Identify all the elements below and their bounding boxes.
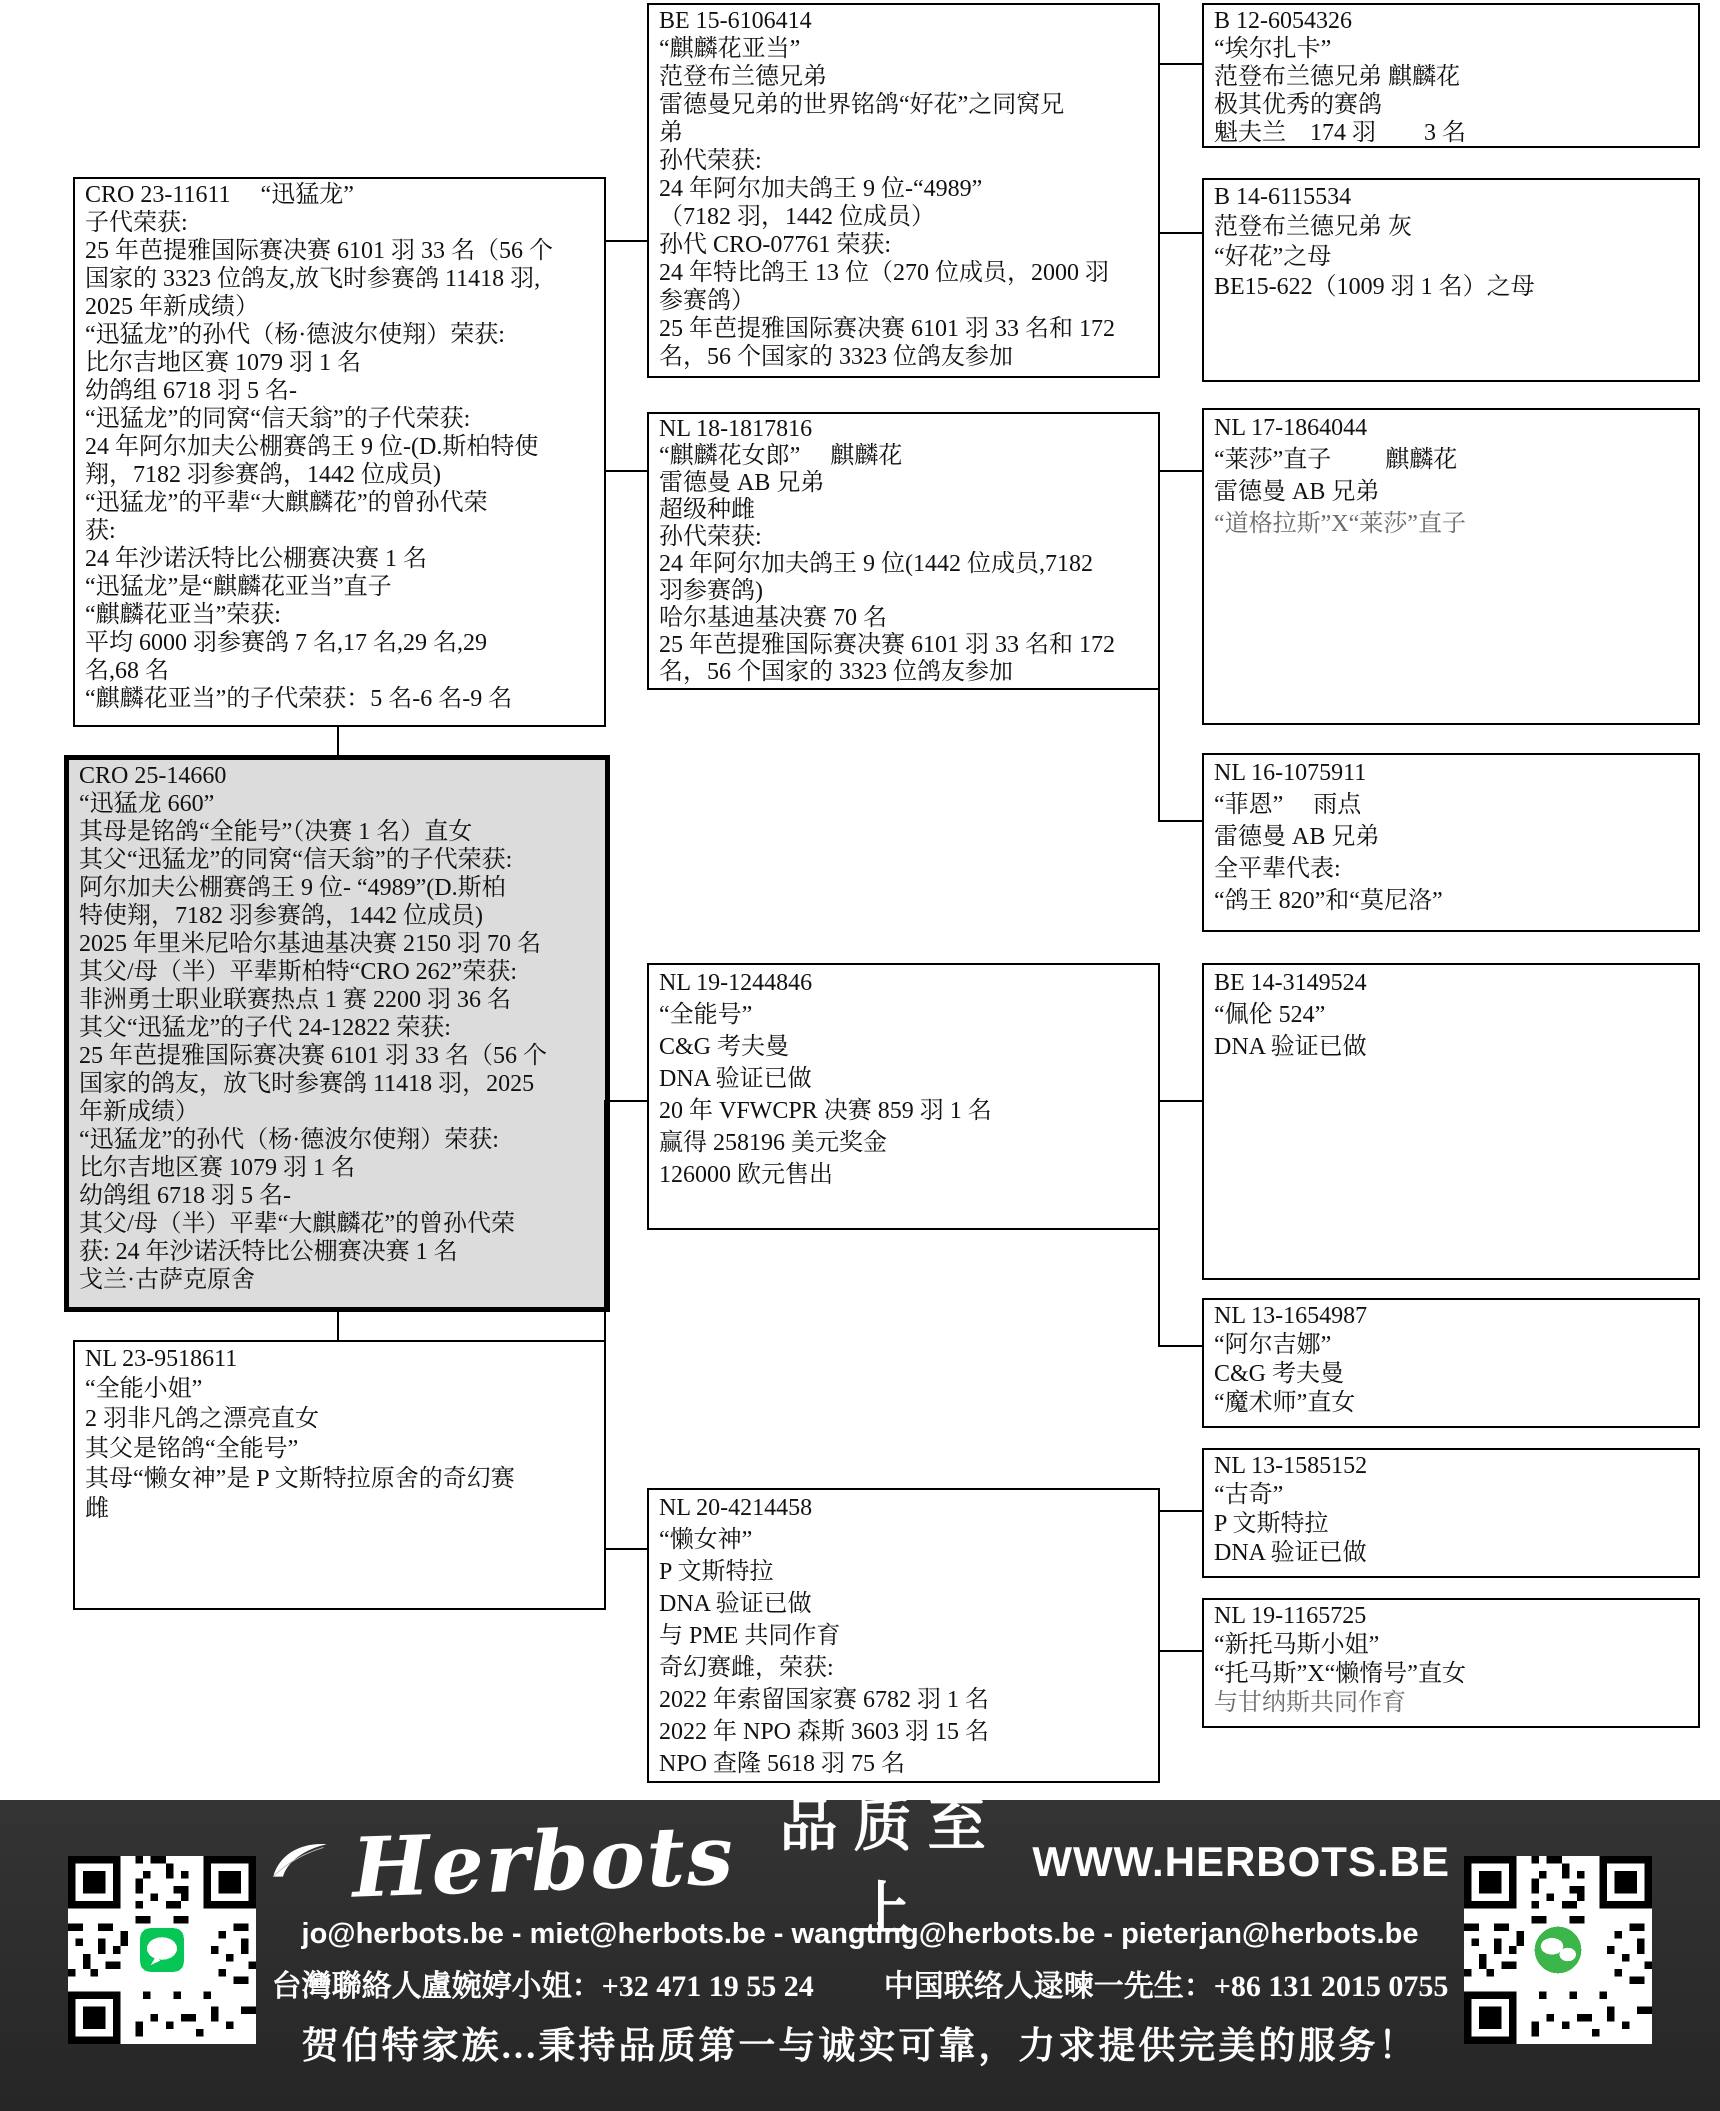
text-line: 24 年特比鸽王 13 位（270 位成员，2000 羽 [659,259,1148,287]
text-line: P 文斯特拉 [1214,1510,1688,1539]
text-line: 比尔吉地区赛 1079 羽 1 名 [85,349,594,377]
contact-taiwan: 台灣聯絡人盧婉婷小姐：+32 471 19 55 24 [272,1961,814,2005]
text-line: 幼鸽组 6718 羽 5 名- [85,377,594,405]
connector-line [1158,470,1202,472]
text-line: “迅猛龙”的平辈“大麒麟花”的曾孙代荣 [85,489,594,517]
text-line: 特使翔，7182 羽参赛鸽，1442 位成员) [79,902,595,930]
connector-line [1158,1100,1202,1102]
pedigree-page: CRO 23-11611 “迅猛龙”子代荣获:25 年芭提雅国际赛决赛 6101… [0,0,1720,2111]
brand-row: Herbots 品质至上 WWW.HERBOTS.BE [270,1808,1450,1916]
footer-center: Herbots 品质至上 WWW.HERBOTS.BE jo@herbots.b… [270,1808,1450,2069]
text-line: 弟 [659,119,1148,147]
text-line: 2022 年 NPO 森斯 3603 羽 15 名 [659,1716,1148,1748]
text-line: （7182 羽，1442 位成员） [659,203,1148,231]
text-line: 其父/母（半）平辈斯柏特“CRO 262”荣获: [79,958,595,986]
line-app-icon [140,1928,184,1972]
connector-line [1158,63,1202,65]
text-line: 24 年沙诺沃特比公棚赛决赛 1 名 [85,545,594,573]
text-line: 赢得 258196 美元奖金 [659,1127,1148,1159]
text-line: 雷德曼 AB 兄弟 [659,470,1148,497]
text-line: “懒女神” [659,1524,1148,1556]
text-line: 国家的鸽友，放飞时参赛鸽 11418 羽，2025 [79,1070,595,1098]
text-line: C&G 考夫曼 [659,1031,1148,1063]
text-line: 126000 欧元售出 [659,1159,1148,1191]
text-line: “迅猛龙”的孙代（杨·德波尔使翔）荣获: [85,321,594,349]
text-line: 其父是铭鸽“全能号” [85,1434,594,1464]
box-dam-NL-23-9518611: NL 23-9518611“全能小姐”2 羽非凡鸽之漂亮直女其父是铭鸽“全能号”… [73,1340,606,1610]
text-line: “迅猛龙”是“麒麟花亚当”直子 [85,573,594,601]
text-line: 雷德曼 AB 兄弟 [1214,476,1688,508]
text-line: “麒麟花亚当” [659,35,1148,63]
text-line: 奇幻赛雌，荣获: [659,1652,1148,1684]
connector-line [604,470,647,472]
text-line: 范登布兰德兄弟 [659,63,1148,91]
text-line: 24 年阿尔加夫鸽王 9 位-“4989” [659,175,1148,203]
text-line: 孙代荣获: [659,147,1148,175]
connector-line [1158,1510,1160,1650]
text-line: CRO 23-11611 “迅猛龙” [85,181,594,209]
text-line: NL 18-1817816 [659,416,1148,443]
feather-icon [270,1834,330,1890]
box-dam-dam-NL-20-4214458: NL 20-4214458“懒女神”P 文斯特拉DNA 验证已做与 PME 共同… [647,1488,1160,1783]
text-line: BE 15-6106414 [659,7,1148,35]
text-line: 雷德曼兄弟的世界铭鸽“好花”之同窝兄 [659,91,1148,119]
box-sire-CRO-23-11611: CRO 23-11611 “迅猛龙”子代荣获:25 年芭提雅国际赛决赛 6101… [73,177,606,727]
text-line: NL 19-1165725 [1214,1602,1688,1631]
text-line: 其父“迅猛龙”的同窝“信天翁”的子代荣获: [79,846,595,874]
text-line: C&G 考夫曼 [1214,1360,1688,1389]
text-line: “全能小姐” [85,1374,594,1404]
text-line: 雌 [85,1494,594,1524]
qr-code-left [68,1856,256,2044]
text-line: 范登布兰德兄弟 麒麟花 [1214,63,1688,91]
text-line: 2 羽非凡鸽之漂亮直女 [85,1404,594,1434]
text-line: 其父/母（半）平辈“大麒麟花”的曾孙代荣 [79,1210,595,1238]
text-line: 幼鸽组 6718 羽 5 名- [79,1182,595,1210]
box-NL-16-1075911: NL 16-1075911“菲恩” 雨点雷德曼 AB 兄弟全平辈代表:“鸽王 8… [1202,753,1700,932]
text-line: CRO 25-14660 [79,762,595,790]
text-line: 25 年芭提雅国际赛决赛 6101 羽 33 名和 172 [659,632,1148,659]
text-line: 比尔吉地区赛 1079 羽 1 名 [79,1154,595,1182]
connector-line [604,240,647,242]
text-line: 2025 年新成绩） [85,293,594,321]
box-subject-CRO-25-14660: CRO 25-14660“迅猛龙 660”其母是铭鸽“全能号”（决赛 1 名）直… [64,755,610,1312]
connector-line [1158,1650,1202,1652]
connector-line [337,1310,339,1340]
text-line: 子代荣获: [85,209,594,237]
text-line: 阿尔加夫公棚赛鸽王 9 位- “4989”(D.斯柏 [79,874,595,902]
connector-line [604,1548,647,1550]
footer-website: WWW.HERBOTS.BE [1032,1838,1450,1886]
connector-line [1158,1510,1202,1512]
text-line: 年新成绩） [79,1098,595,1126]
text-line: “鸽王 820”和“莫尼洛” [1214,885,1688,917]
text-line: B 14-6115534 [1214,182,1688,212]
text-line: 国家的 3323 位鸽友,放飞时参赛鸽 11418 羽, [85,265,594,293]
text-line: 参赛鸽） [659,287,1148,315]
text-line: 名,68 名 [85,657,594,685]
text-line: 超级种雌 [659,497,1148,524]
text-line: 全平辈代表: [1214,853,1688,885]
text-line: “新托马斯小姐” [1214,1631,1688,1660]
herbots-logo: Herbots [350,1807,736,1916]
box-NL-19-1165725: NL 19-1165725“新托马斯小姐”“托马斯”X“懒惰号”直女与甘纳斯共同… [1202,1598,1700,1728]
text-line: 平均 6000 羽参赛鸽 7 名,17 名,29 名,29 [85,629,594,657]
connector-line [337,727,339,757]
text-line: 24 年阿尔加夫鸽王 9 位(1442 位成员,7182 [659,551,1148,578]
text-line: “全能号” [659,999,1148,1031]
box-B-14-6115534: B 14-6115534范登布兰德兄弟 灰“好花”之母BE15-622（1009… [1202,178,1700,382]
box-NL-13-1585152: NL 13-1585152“古奇”P 文斯特拉DNA 验证已做 [1202,1448,1700,1578]
footer-contacts: 台灣聯絡人盧婉婷小姐：+32 471 19 55 24 中国联络人逯暕一先生：+… [270,1961,1450,2005]
connector-line [1158,1345,1202,1347]
text-line: “迅猛龙”的同窝“信天翁”的子代荣获: [85,405,594,433]
text-line: 孙代荣获: [659,524,1148,551]
text-line: NPO 查隆 5618 羽 75 名 [659,1748,1148,1780]
text-line: DNA 验证已做 [1214,1539,1688,1568]
text-line: 20 年 VFWCPR 决赛 859 羽 1 名 [659,1095,1148,1127]
text-line: DNA 验证已做 [1214,1031,1688,1063]
text-line: NL 13-1654987 [1214,1302,1688,1331]
text-line: 与甘纳斯共同作育 [1214,1689,1688,1718]
text-line: 25 年芭提雅国际赛决赛 6101 羽 33 名（56 个 [79,1042,595,1070]
text-line: DNA 验证已做 [659,1063,1148,1095]
text-line: 范登布兰德兄弟 灰 [1214,212,1688,242]
text-line: NL 16-1075911 [1214,757,1688,789]
text-line: BE 14-3149524 [1214,967,1688,999]
text-line: 非洲勇士职业联赛热点 1 赛 2200 羽 36 名 [79,986,595,1014]
text-line: “古奇” [1214,1481,1688,1510]
text-line: “阿尔吉娜” [1214,1331,1688,1360]
text-line: DNA 验证已做 [659,1588,1148,1620]
text-line: “道格拉斯”X“莱莎”直子 [1214,508,1688,540]
text-line: 翔，7182 羽参赛鸽，1442 位成员) [85,461,594,489]
text-line: 获: 24 年沙诺沃特比公棚赛决赛 1 名 [79,1238,595,1266]
text-line: 2022 年索留国家赛 6782 羽 1 名 [659,1684,1148,1716]
footer: Herbots 品质至上 WWW.HERBOTS.BE jo@herbots.b… [0,1800,1720,2111]
box-sire-dam-NL-18-1817816: NL 18-1817816“麒麟花女郎” 麒麟花雷德曼 AB 兄弟超级种雌孙代荣… [647,412,1160,690]
text-line: NL 20-4214458 [659,1492,1148,1524]
box-NL-13-1654987: NL 13-1654987“阿尔吉娜”C&G 考夫曼“魔术师”直女 [1202,1298,1700,1428]
text-line: “迅猛龙”的孙代（杨·德波尔使翔）荣获: [79,1126,595,1154]
connector-line [1158,232,1202,234]
text-line: “佩伦 524” [1214,999,1688,1031]
footer-emails: jo@herbots.be - miet@herbots.be - wangti… [270,1918,1450,1951]
text-line: “麒麟花女郎” 麒麟花 [659,443,1148,470]
text-line: 25 年芭提雅国际赛决赛 6101 羽 33 名和 172 [659,315,1148,343]
text-line: 雷德曼 AB 兄弟 [1214,821,1688,853]
box-B-12-6054326: B 12-6054326“埃尔扎卡”范登布兰德兄弟 麒麟花极其优秀的赛鸽魁夫兰 … [1202,3,1700,148]
connector-line [1158,470,1160,820]
text-line: “麒麟花亚当”荣获: [85,601,594,629]
connector-line [604,240,606,470]
text-line: “托马斯”X“懒惰号”直女 [1214,1660,1688,1689]
text-line: 戈兰·古萨克原舍 [79,1266,595,1294]
text-line: P 文斯特拉 [659,1556,1148,1588]
text-line: “麒麟花亚当”的子代荣获：5 名-6 名-9 名 [85,685,594,713]
text-line: 魁夫兰 174 羽 3 名 [1214,119,1688,147]
text-line: 其母是铭鸽“全能号”（决赛 1 名）直女 [79,818,595,846]
text-line: B 12-6054326 [1214,7,1688,35]
text-line: NL 13-1585152 [1214,1452,1688,1481]
text-line: 2025 年里米尼哈尔基迪基决赛 2150 羽 70 名 [79,930,595,958]
connector-line [1158,1100,1160,1345]
text-line: 24 年阿尔加夫公棚赛鸽王 9 位-(D.斯柏特使 [85,433,594,461]
text-line: 与 PME 共同作育 [659,1620,1148,1652]
connector-line [1158,63,1160,232]
text-line: 哈尔基迪基决赛 70 名 [659,605,1148,632]
contact-china: 中国联络人逯暕一先生：+86 131 2015 0755 [884,1961,1449,2005]
text-line: 其母“懒女神”是 P 文斯特拉原舍的奇幻赛 [85,1464,594,1494]
text-line: 孙代 CRO-07761 荣获: [659,231,1148,259]
text-line: 羽参赛鸽) [659,578,1148,605]
text-line: “魔术师”直女 [1214,1389,1688,1418]
text-line: “迅猛龙 660” [79,790,595,818]
text-line: 获: [85,517,594,545]
qr-code-right [1464,1856,1652,2044]
text-line: NL 23-9518611 [85,1344,594,1374]
text-line: “莱莎”直子 麒麟花 [1214,444,1688,476]
text-line: 其父“迅猛龙”的子代 24-12822 荣获: [79,1014,595,1042]
box-sire-sire-BE-15-6106414: BE 15-6106414“麒麟花亚当”范登布兰德兄弟雷德曼兄弟的世界铭鸽“好花… [647,3,1160,378]
text-line: NL 19-1244846 [659,967,1148,999]
text-line: “好花”之母 [1214,242,1688,272]
connector-line [604,1100,647,1102]
connector-line [604,1100,606,1548]
text-line: 名，56 个国家的 3323 位鸽友参加 [659,343,1148,371]
text-line: 极其优秀的赛鸽 [1214,91,1688,119]
wechat-icon [1535,1927,1582,1974]
text-line: NL 17-1864044 [1214,412,1688,444]
text-line: BE15-622（1009 羽 1 名）之母 [1214,272,1688,302]
text-line: “菲恩” 雨点 [1214,789,1688,821]
box-NL-17-1864044: NL 17-1864044“莱莎”直子 麒麟花雷德曼 AB 兄弟“道格拉斯”X“… [1202,408,1700,725]
text-line: “埃尔扎卡” [1214,35,1688,63]
box-dam-sire-NL-19-1244846: NL 19-1244846“全能号”C&G 考夫曼DNA 验证已做20 年 VF… [647,963,1160,1230]
text-line: 名，56 个国家的 3323 位鸽友参加 [659,659,1148,686]
box-BE-14-3149524: BE 14-3149524“佩伦 524”DNA 验证已做 [1202,963,1700,1280]
connector-line [1158,820,1202,822]
text-line: 25 年芭提雅国际赛决赛 6101 羽 33 名（56 个 [85,237,594,265]
footer-slogan: 贺伯特家族...秉持品质第一与诚实可靠，力求提供完美的服务！ [270,2015,1450,2069]
